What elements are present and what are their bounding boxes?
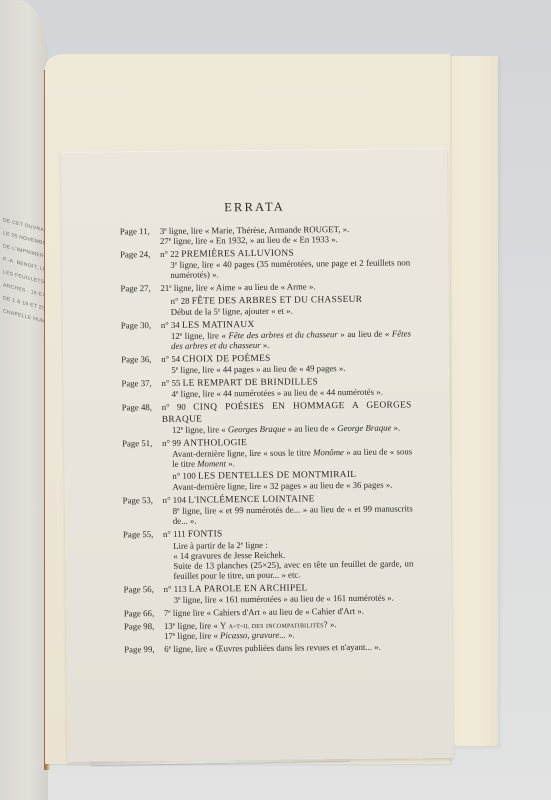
line-text: ligne, lire « Œuvres publiées dans les r… (171, 642, 381, 654)
errata-entries: Page 11,3e ligne, lire « Marie, Thérèse,… (120, 223, 415, 657)
errata-line: 17e ligne, lire « Picasso, gravure... ». (124, 629, 414, 642)
errata-entry: Page 27,21e ligne, lire « Aime » au lieu… (120, 281, 410, 317)
errata-entry: Page 56,n° 113 LA PAROLE EN ARCHIPEL3e l… (124, 581, 414, 605)
line-text: ». (226, 458, 235, 468)
errata-line: 27e ligne, lire « En 1932, » au lieu de … (120, 233, 410, 246)
line-text: Avant-dernière ligne, lire « sous le tit… (172, 447, 313, 458)
line-ordinal: 27 (160, 236, 169, 246)
errata-entry: Page 55,n° 111 FONTISLire à partir de la… (123, 527, 414, 582)
entry-heading: n° 90 CINQ POÉSIES EN HOMMAGE A GEORGES … (122, 400, 412, 425)
line-text: » au lieu de « (338, 328, 392, 339)
entry-number: n° 113 (164, 584, 189, 594)
errata-entry: Page 30,n° 34 LES MATINAUX12e ligne, lir… (121, 317, 411, 351)
page-reference: Page 51, (122, 438, 152, 448)
errata-line: 8e ligne, lire « et 99 numérotés de... »… (123, 504, 413, 527)
errata-entry: Page 37,n° 55 LE REMPART DE BRINDILLES4e… (121, 376, 411, 400)
line-text: ligne, lire « (175, 631, 220, 641)
entry-number: n° 90 (162, 402, 194, 412)
entry-number: n° 22 (160, 249, 181, 259)
errata-slip: ERRATA Page 11,3e ligne, lire « Marie, T… (61, 148, 453, 762)
line-ordinal: 12 (171, 331, 180, 341)
entry-title: CINQ POÉSIES EN HOMMAGE A GEORGES BRAQUE (162, 401, 412, 425)
entry-number: n° 54 (161, 354, 182, 364)
left-page: DE CET OUVRAGE, ACHEVÉ LE 25 NOVEMBRE 19… (0, 0, 48, 800)
entry-number: n° 104 (163, 495, 189, 505)
italic-title: Moment (197, 458, 226, 468)
line-text: ligne, lire « 40 pages (35 numérotées, u… (170, 258, 410, 281)
entry-number: n° 55 (161, 378, 182, 388)
line-text: ligne, lire « 44 numérotées » au lieu de… (178, 387, 383, 399)
page-reference: Page 66, (124, 608, 154, 618)
page-reference: Page 11, (120, 226, 150, 236)
page-reference: Page 99, (124, 644, 154, 654)
line-text: ligne, lire « et 99 numérotés de... » au… (173, 504, 413, 527)
photo-scene: DE CET OUVRAGE, ACHEVÉ LE 25 NOVEMBRE 19… (0, 0, 551, 800)
line-ordinal: 21 (160, 283, 169, 293)
errata-line: 7e ligne lire « Cahiers d'Art » au lieu … (124, 605, 414, 618)
entry-title: ANTHOLOGIE (183, 438, 247, 449)
line-ordinal: 12 (172, 424, 181, 434)
entry-title: LES MATINAUX (182, 320, 255, 331)
errata-entry: Page 53,n° 104 L'INCLÉMENCE LOINTAINE8e … (123, 492, 413, 526)
errata-line: 3e ligne, lire « 40 pages (35 numérotées… (120, 258, 410, 281)
line-text: ligne, ajouter « et ». (220, 305, 293, 316)
page-reference: Page 24, (120, 249, 150, 259)
left-page-colophon: DE CET OUVRAGE, ACHEVÉ LE 25 NOVEMBRE 19… (3, 214, 49, 329)
errata-line: 6e ligne, lire « Œuvres publiées dans le… (124, 642, 414, 655)
errata-line: 21e ligne, lire « Aime » au lieu de « Ar… (120, 281, 410, 294)
entry-title: FONTIS (188, 530, 223, 540)
line-text: ». (328, 619, 337, 629)
entry-number: n° 99 (162, 437, 183, 447)
page-reference: Page 37, (121, 378, 151, 388)
entry-number: n° 28 (171, 295, 192, 305)
entry-number: n° 34 (161, 319, 182, 329)
errata-entry: Page 11,3e ligne, lire « Marie, Thérèse,… (120, 223, 410, 246)
page-reference: Page 48, (122, 402, 152, 412)
errata-entry: Page 24,n° 22 PREMIÈRES ALLUVIONS3e lign… (120, 247, 410, 281)
page-reference: Page 36, (121, 354, 151, 364)
page-reference: Page 56, (124, 584, 154, 594)
italic-title: Fête des arbres et du chasseur (228, 329, 337, 340)
line-ordinal: 17 (164, 631, 173, 641)
errata-entry: Page 98,13e ligne, lire « Y a-t-il des i… (124, 619, 414, 642)
line-text: ». (391, 422, 400, 432)
line-ordinal: 13 (164, 621, 173, 631)
errata-entry: Page 51,n° 99 ANTHOLOGIEAvant-dernière l… (122, 435, 413, 493)
italic-title: George Braque (337, 422, 391, 433)
errata-line: 12e ligne, lire « Fête des arbres et du … (121, 328, 411, 351)
line-text: ligne, lire « 44 pages » au lieu de « 49… (178, 363, 345, 375)
line-text: Lire à partir de la (173, 540, 236, 551)
line-text: » au lieu de « (285, 423, 337, 434)
line-text: ligne, lire « (175, 621, 220, 631)
smallcaps-title: Y a-t-il des incompatibilités? (220, 619, 328, 630)
errata-entry: Page 99,6e ligne, lire « Œuvres publiées… (124, 642, 414, 655)
errata-line: Avant-dernière ligne, lire « sous le tit… (122, 446, 412, 469)
errata-entry: Page 66,7e ligne lire « Cahiers d'Art » … (124, 605, 414, 618)
italic-title: Picasso, gravure... (220, 630, 286, 641)
italic-title: Georges Braque (228, 423, 286, 434)
entry-number: n° 111 (163, 529, 188, 539)
line-text: Début de la (171, 306, 214, 316)
line-text: Suite de 13 planches (25×25), avec en tê… (173, 558, 413, 581)
line-text: ligne : (243, 539, 268, 549)
errata-line: Suite de 13 planches (25×25), avec en tê… (123, 558, 413, 581)
page-reference: Page 30, (121, 320, 151, 330)
line-text: ». (261, 340, 270, 350)
line-text: Avant-dernière ligne, lire « 32 pages » … (172, 480, 392, 492)
line-text: ligne, lire « 161 numérotées » au lieu d… (181, 593, 394, 605)
errata-entry: Page 48,n° 90 CINQ POÉSIES EN HOMMAGE A … (122, 400, 412, 435)
page-reference: Page 55, (123, 529, 153, 539)
entry-number: n° 100 (172, 471, 198, 481)
page-reference: Page 27, (120, 284, 150, 294)
page-reference: Page 98, (124, 621, 154, 631)
line-text: ligne, lire « (183, 424, 228, 434)
italic-title: Monôme (313, 447, 344, 457)
line-text: ligne lire « Cahiers d'Art » au lieu de … (171, 606, 364, 618)
page-reference: Page 53, (123, 495, 153, 505)
errata-entry: Page 36,n° 54 CHOIX DE POÈMES5e ligne, l… (121, 351, 411, 375)
errata-title: ERRATA (62, 198, 448, 217)
line-text: ligne, lire « Aime » au lieu de « Arme »… (172, 282, 316, 294)
line-text: ligne, lire « En 1932, » au lieu de « En… (171, 234, 338, 246)
errata-line: Avant-dernière ligne, lire « 32 pages » … (122, 479, 412, 492)
line-text: ». (286, 630, 295, 640)
errata-line: Début de la 5e ligne, ajouter « et ». (121, 304, 411, 317)
line-text: ligne, lire « (182, 330, 228, 340)
